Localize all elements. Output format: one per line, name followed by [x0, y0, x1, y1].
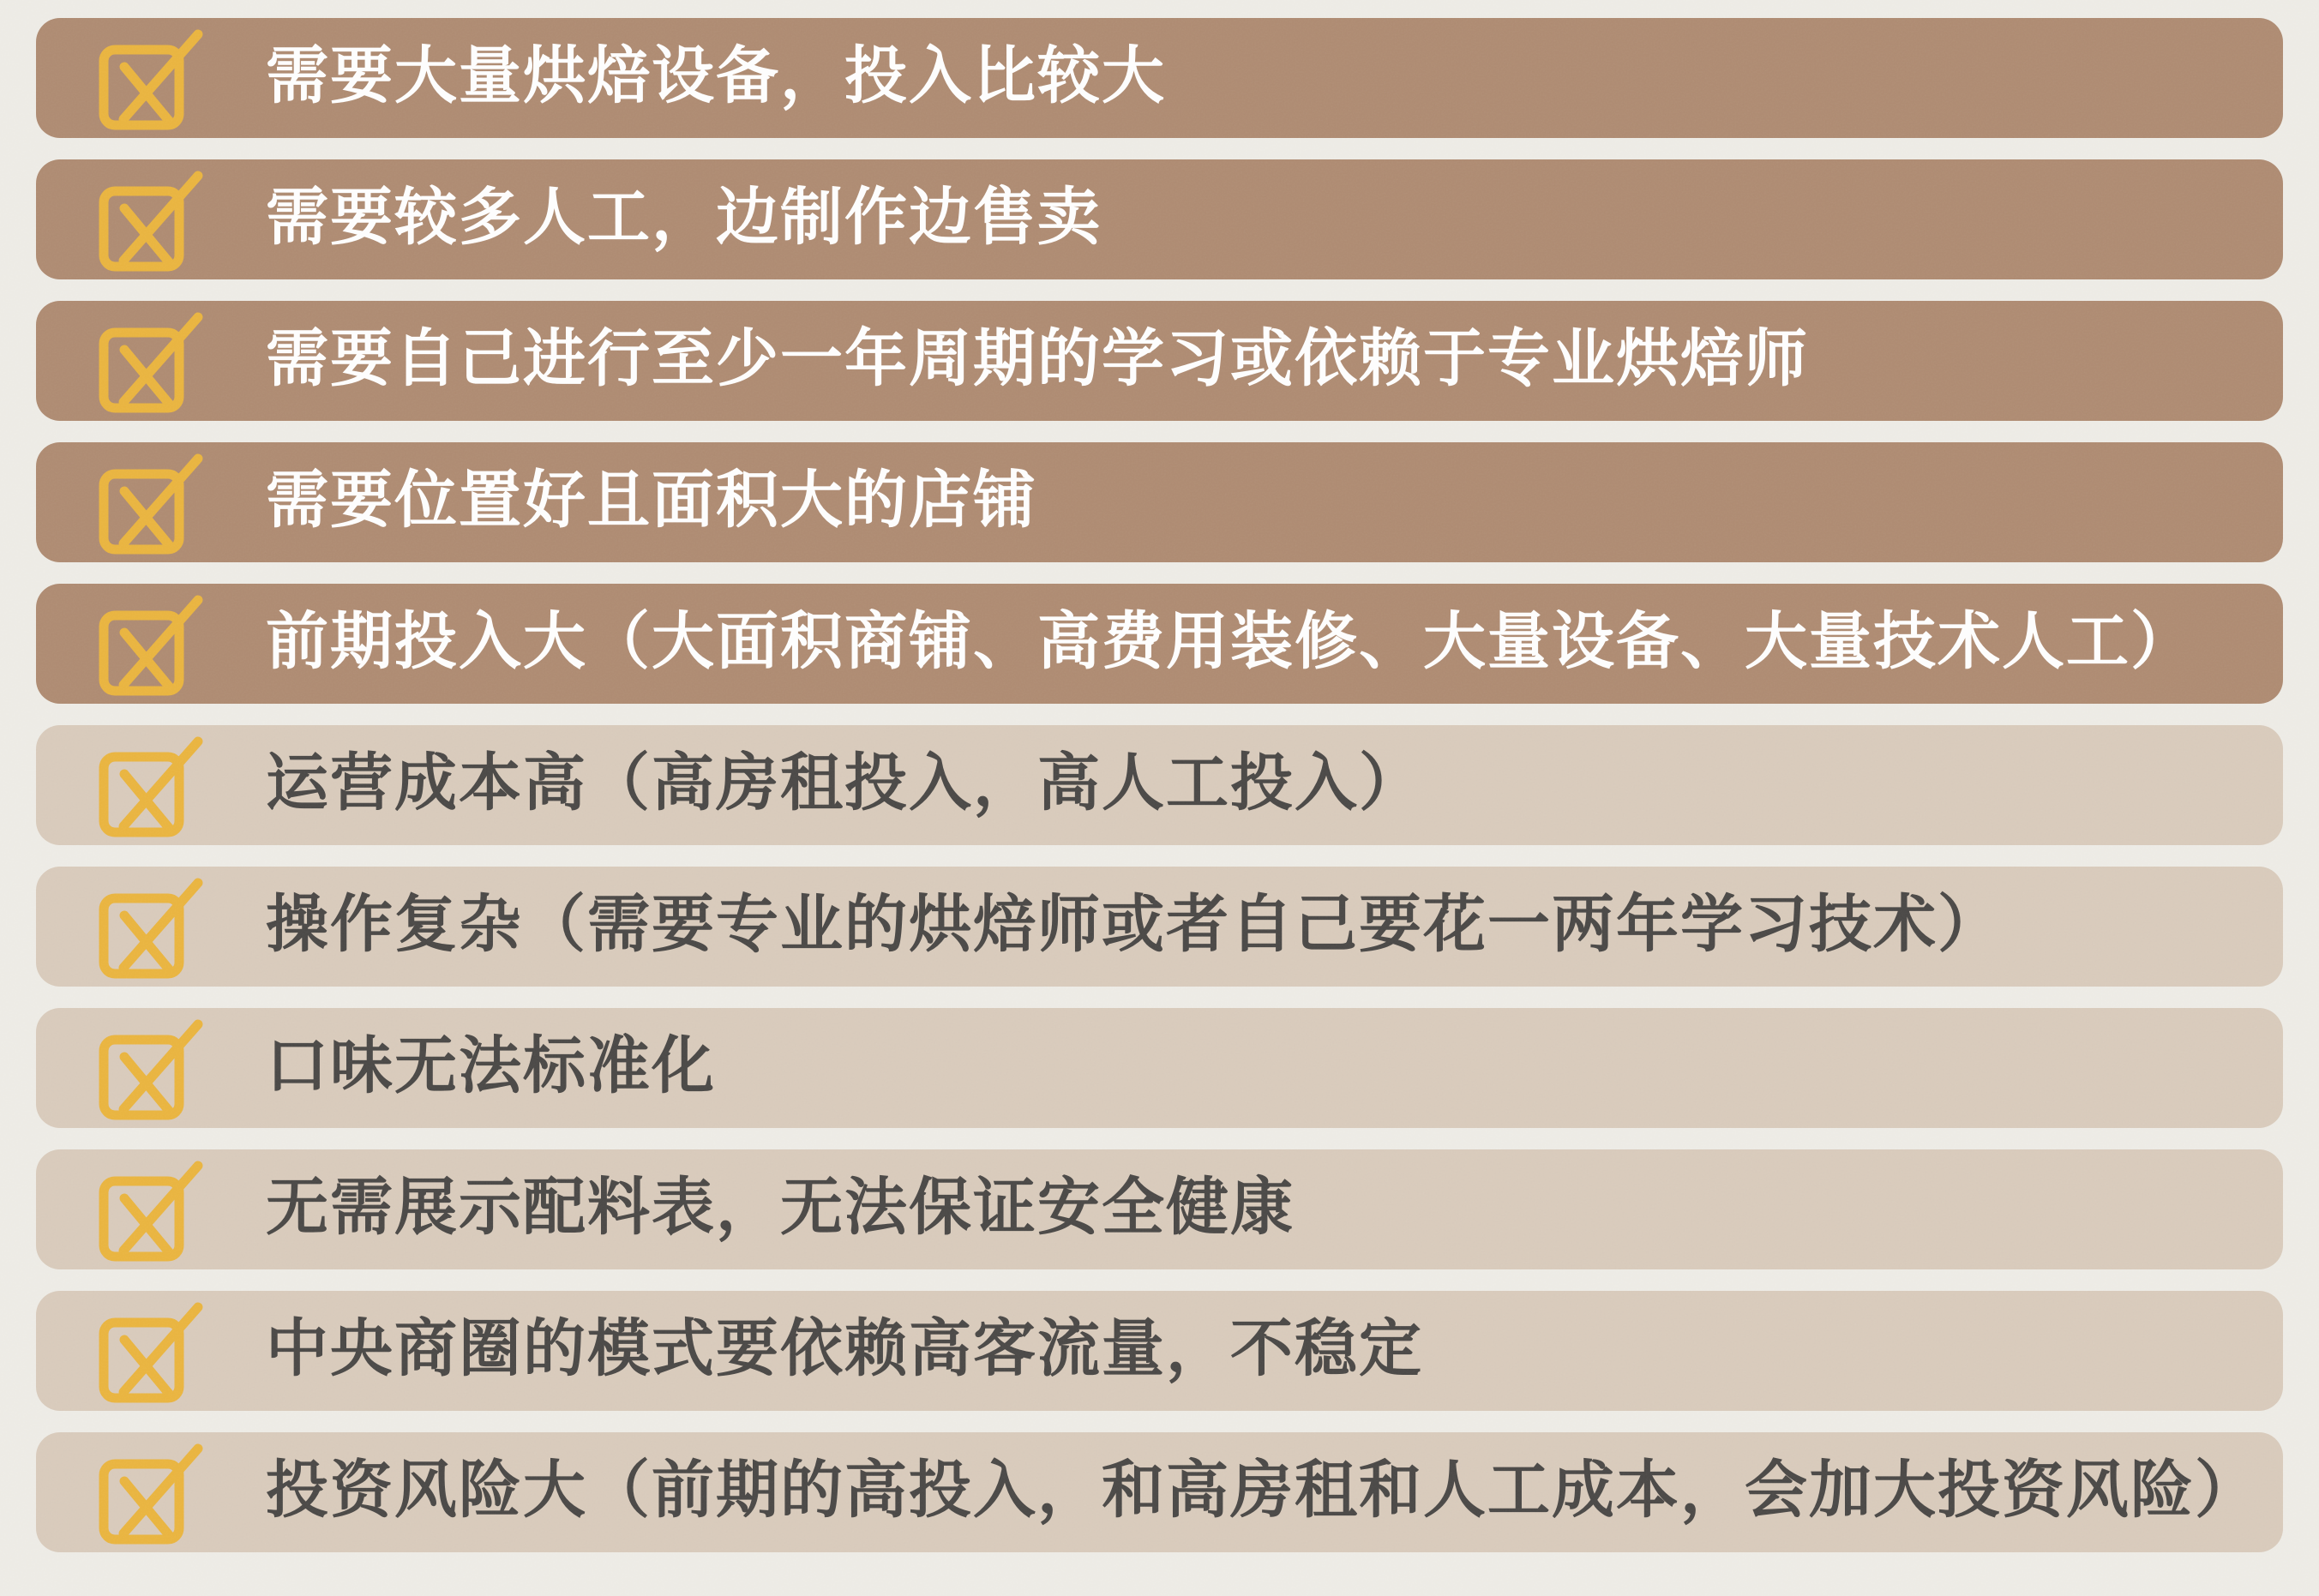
checkbox-x-icon — [98, 449, 204, 555]
list-item: 中央商圈的模式要依赖高客流量，不稳定 — [36, 1291, 2283, 1411]
list-item: 需要较多人工，边制作边售卖 — [36, 159, 2283, 279]
checkbox-x-icon — [98, 1015, 204, 1121]
list-item-label: 前期投入大（大面积商铺、高费用装修、大量设备、大量技术人工） — [266, 610, 2195, 678]
list-item: 操作复杂（需要专业的烘焙师或者自己要花一两年学习技术） — [36, 867, 2283, 987]
list-item-label: 口味无法标准化 — [266, 1035, 716, 1102]
list-item: 运营成本高（高房租投入，高人工投入） — [36, 725, 2283, 845]
checkbox-x-icon — [98, 1439, 204, 1545]
list-item: 口味无法标准化 — [36, 1008, 2283, 1128]
checkbox-x-icon — [98, 732, 204, 838]
checkbox-x-icon — [98, 1156, 204, 1263]
list-item-label: 中央商圈的模式要依赖高客流量，不稳定 — [266, 1317, 1423, 1385]
list-item: 需要大量烘焙设备，投入比较大 — [36, 18, 2283, 138]
checkbox-x-icon — [98, 25, 204, 131]
checkbox-x-icon — [98, 873, 204, 980]
list-item-label: 需要位置好且面积大的店铺 — [266, 469, 1037, 537]
list-item-label: 操作复杂（需要专业的烘焙师或者自己要花一两年学习技术） — [266, 893, 2002, 961]
list-item: 需要自己进行至少一年周期的学习或依赖于专业烘焙师 — [36, 301, 2283, 421]
list-item-label: 投资风险大（前期的高投入，和高房租和人工成本，会加大投资风险） — [266, 1459, 2259, 1527]
list-item: 前期投入大（大面积商铺、高费用装修、大量设备、大量技术人工） — [36, 584, 2283, 704]
list-item-label: 需要自己进行至少一年周期的学习或依赖于专业烘焙师 — [266, 327, 1809, 395]
list-item: 需要位置好且面积大的店铺 — [36, 442, 2283, 562]
list-item: 投资风险大（前期的高投入，和高房租和人工成本，会加大投资风险） — [36, 1432, 2283, 1552]
checklist: 需要大量烘焙设备，投入比较大 需要较多人工，边制作边售卖 需要自己进行至少一年周… — [0, 0, 2319, 1596]
list-item-label: 运营成本高（高房租投入，高人工投入） — [266, 752, 1423, 819]
list-item-label: 需要较多人工，边制作边售卖 — [266, 186, 1102, 254]
checkbox-x-icon — [98, 166, 204, 273]
checkbox-x-icon — [98, 1298, 204, 1404]
list-item-label: 无需展示配料表，无法保证安全健康 — [266, 1176, 1295, 1244]
list-item: 无需展示配料表，无法保证安全健康 — [36, 1149, 2283, 1269]
list-item-label: 需要大量烘焙设备，投入比较大 — [266, 45, 1166, 112]
checkbox-x-icon — [98, 308, 204, 414]
checkbox-x-icon — [98, 591, 204, 697]
